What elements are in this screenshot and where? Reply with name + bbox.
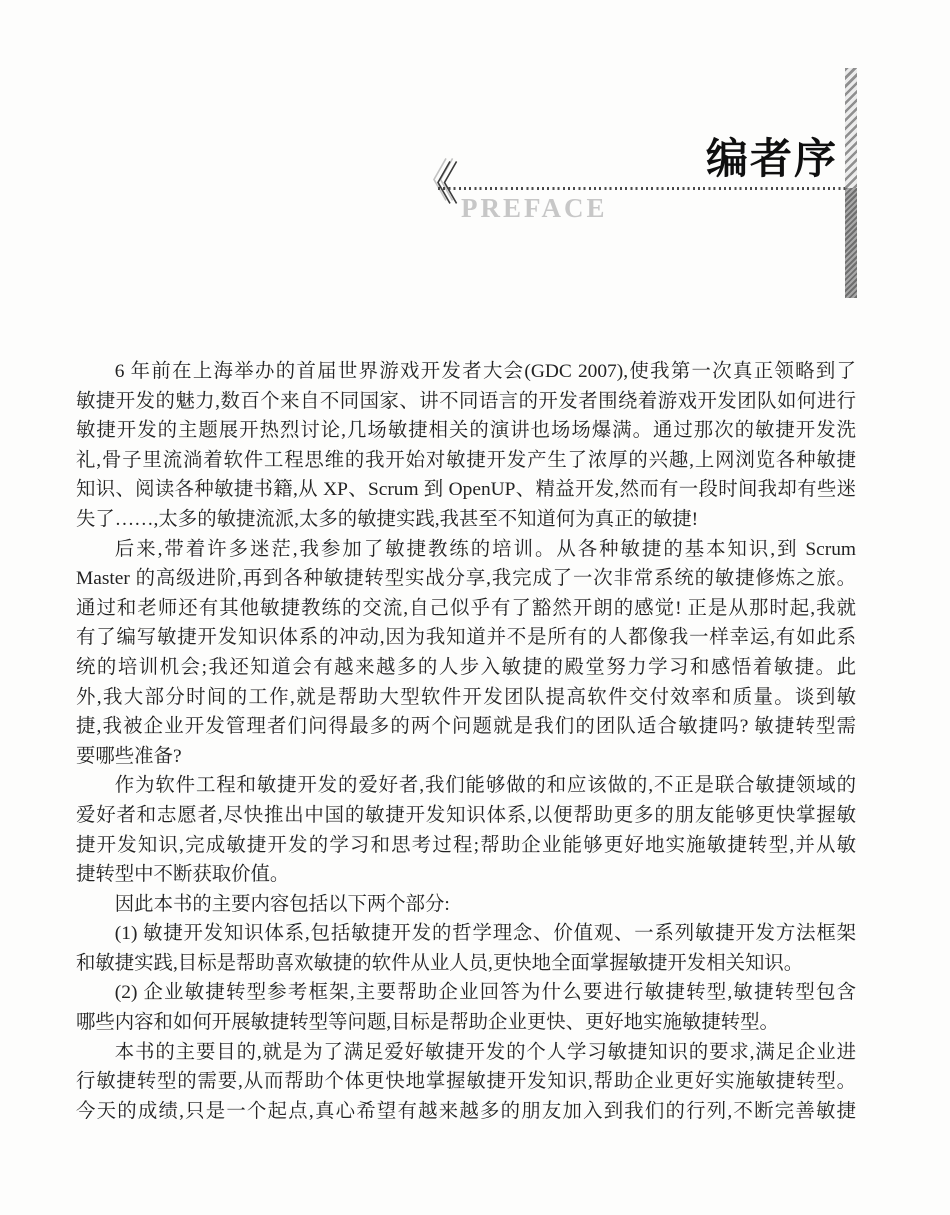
text-line: 失了……,太多的敏捷流派,太多的敏捷实践,我甚至不知道何为真正的敏捷! bbox=[76, 505, 856, 535]
text-line: 外,我大部分时间的工作,就是帮助大型软件开发团队提高软件交付效率和质量。谈到敏 bbox=[76, 683, 856, 713]
text-line: 知识、阅读各种敏捷书籍,从 XP、Scrum 到 OpenUP、精益开发,然而有… bbox=[76, 475, 856, 505]
preface-subtitle: PREFACE bbox=[461, 193, 608, 224]
text-line: (1) 敏捷开发知识体系,包括敏捷开发的哲学理念、价值观、一系列敏捷开发方法框架 bbox=[76, 919, 856, 949]
hatch-bar-top-segment bbox=[845, 68, 857, 188]
text-line: 今天的成绩,只是一个起点,真心希望有越来越多的朋友加入到我们的行列,不断完善敏捷 bbox=[76, 1097, 856, 1127]
book-page: 编者序 《 PREFACE 6 年前在上海举办的首届世界游戏开发者大会(GDC … bbox=[0, 0, 950, 1215]
paragraph: 作为软件工程和敏捷开发的爱好者,我们能够做的和应该做的,不正是联合敏捷领域的爱好… bbox=[76, 771, 856, 889]
text-line: 后来,带着许多迷茫,我参加了敏捷教练的培训。从各种敏捷的基本知识,到 Scrum bbox=[76, 535, 856, 565]
text-line: 6 年前在上海举办的首届世界游戏开发者大会(GDC 2007),使我第一次真正领… bbox=[76, 357, 856, 387]
text-line: 统的培训机会;我还知道会有越来越多的人步入敏捷的殿堂努力学习和感悟着敏捷。此 bbox=[76, 653, 856, 683]
text-line: 本书的主要目的,就是为了满足爱好敏捷开发的个人学习敏捷知识的要求,满足企业进 bbox=[76, 1038, 856, 1068]
text-line: (2) 企业敏捷转型参考框架,主要帮助企业回答为什么要进行敏捷转型,敏捷转型包含 bbox=[76, 978, 856, 1008]
paragraph: 后来,带着许多迷茫,我参加了敏捷教练的培训。从各种敏捷的基本知识,到 Scrum… bbox=[76, 535, 856, 772]
text-line: 捷,我被企业开发管理者们问得最多的两个问题就是我们的团队适合敏捷吗? 敏捷转型需 bbox=[76, 712, 856, 742]
text-line: 通过和老师还有其他敏捷教练的交流,自己似乎有了豁然开朗的感觉! 正是从那时起,我… bbox=[76, 594, 856, 624]
text-line: 因此本书的主要内容包括以下两个部分: bbox=[76, 890, 856, 920]
page-title: 编者序 bbox=[706, 138, 838, 180]
dotted-divider bbox=[438, 187, 845, 190]
paragraph: 因此本书的主要内容包括以下两个部分: bbox=[76, 890, 856, 920]
text-line: 敏捷开发的主题展开热烈讨论,几场敏捷相关的演讲也场场爆满。通过那次的敏捷开发洗 bbox=[76, 416, 856, 446]
paragraph: 本书的主要目的,就是为了满足爱好敏捷开发的个人学习敏捷知识的要求,满足企业进行敏… bbox=[76, 1038, 856, 1127]
double-chevron-icon: 《 bbox=[413, 161, 459, 207]
hatch-bar-bottom-segment bbox=[845, 188, 857, 298]
text-line: 有了编写敏捷开发知识体系的冲动,因为我知道并不是所有的人都像我一样幸运,有如此系 bbox=[76, 623, 856, 653]
text-line: 行敏捷转型的需要,从而帮助个体更快地掌握敏捷开发知识,帮助企业更好实施敏捷转型。 bbox=[76, 1067, 856, 1097]
body-text: 6 年前在上海举办的首届世界游戏开发者大会(GDC 2007),使我第一次真正领… bbox=[76, 357, 856, 1126]
text-line: 捷开发知识,完成敏捷开发的学习和思考过程;帮助企业能够更好地实施敏捷转型,并从敏 bbox=[76, 831, 856, 861]
paragraph: 6 年前在上海举办的首届世界游戏开发者大会(GDC 2007),使我第一次真正领… bbox=[76, 357, 856, 535]
text-line: 哪些内容和如何开展敏捷转型等问题,目标是帮助企业更快、更好地实施敏捷转型。 bbox=[76, 1008, 856, 1038]
paragraph: (1) 敏捷开发知识体系,包括敏捷开发的哲学理念、价值观、一系列敏捷开发方法框架… bbox=[76, 919, 856, 978]
text-line: 作为软件工程和敏捷开发的爱好者,我们能够做的和应该做的,不正是联合敏捷领域的 bbox=[76, 771, 856, 801]
text-line: 礼,骨子里流淌着软件工程思维的我开始对敏捷开发产生了浓厚的兴趣,上网浏览各种敏捷 bbox=[76, 446, 856, 476]
text-line: 爱好者和志愿者,尽快推出中国的敏捷开发知识体系,以便帮助更多的朋友能够更快掌握敏 bbox=[76, 801, 856, 831]
text-line: 要哪些准备? bbox=[76, 742, 856, 772]
paragraph: (2) 企业敏捷转型参考框架,主要帮助企业回答为什么要进行敏捷转型,敏捷转型包含… bbox=[76, 978, 856, 1037]
decorative-hatch-bar bbox=[845, 68, 857, 298]
text-line: Master 的高级进阶,再到各种敏捷转型实战分享,我完成了一次非常系统的敏捷修… bbox=[76, 564, 856, 594]
text-line: 敏捷开发的魅力,数百个来自不同国家、讲不同语言的开发者围绕着游戏开发团队如何进行 bbox=[76, 387, 856, 417]
text-line: 和敏捷实践,目标是帮助喜欢敏捷的软件从业人员,更快地全面掌握敏捷开发相关知识。 bbox=[76, 949, 856, 979]
text-line: 捷转型中不断获取价值。 bbox=[76, 860, 856, 890]
